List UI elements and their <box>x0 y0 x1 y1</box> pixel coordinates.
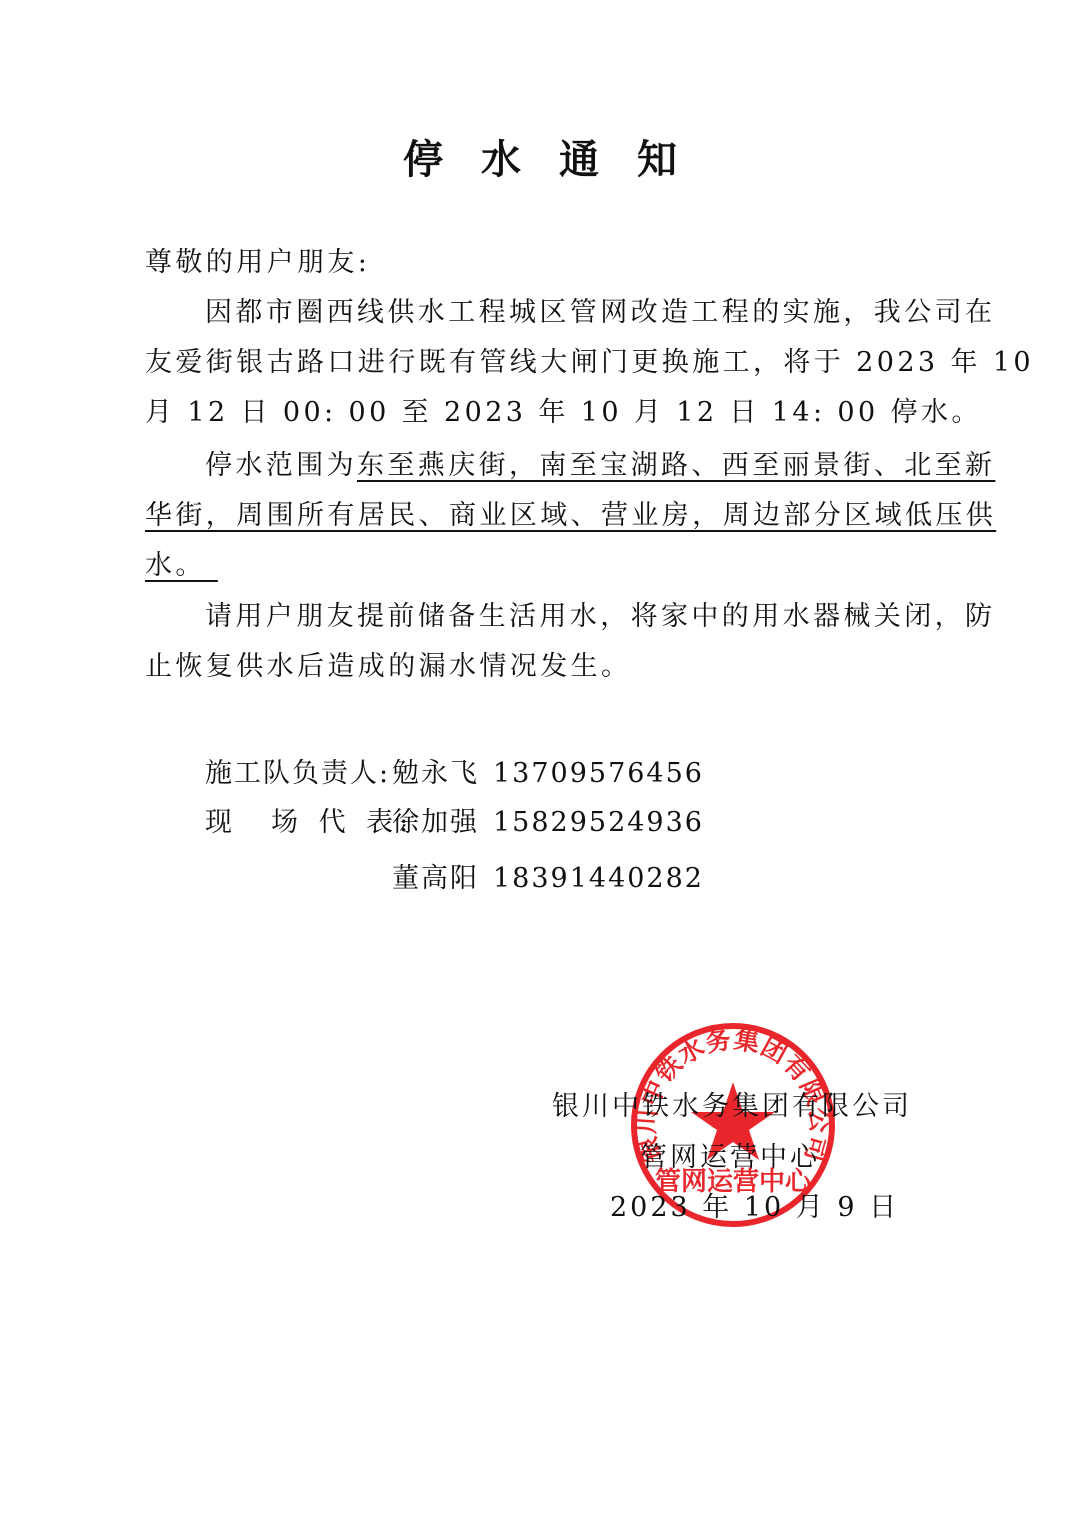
page-title: 停水通知 <box>0 128 1080 185</box>
contact-phone-3: 18391440282 <box>493 862 704 896</box>
signature-company: 银川中铁水务集团有限公司 <box>552 1090 912 1124</box>
paragraph3-line2: 止恢复供水后造成的漏水情况发生。 <box>145 650 631 684</box>
contact-name-1: 勉永飞 <box>392 757 479 791</box>
notice-page: 停水通知 尊敬的用户朋友: 因都市圈西线供水工程城区管网改造工程的实施，我公司在… <box>0 0 1080 1527</box>
paragraph1-line3: 月 12 日 00: 00 至 2023 年 10 月 12 日 14: 00 … <box>145 396 982 430</box>
outage-range-text-1: 东至燕庆街，南至宝湖路、西至丽景街、北至新 <box>357 450 995 481</box>
contact-role-2: 现 场 代 表: <box>205 806 414 840</box>
paragraph3-line1: 请用户朋友提前储备生活用水，将家中的用水器械关闭，防 <box>205 600 995 634</box>
contact-name-2: 徐加强 <box>392 806 479 840</box>
paragraph1-line1: 因都市圈西线供水工程城区管网改造工程的实施，我公司在 <box>205 296 995 330</box>
paragraph1-line2: 友爱街银古路口进行既有管线大闸门更换施工，将于 2023 年 10 <box>145 346 1034 380</box>
outage-range-text-2: 华街，周围所有居民、商业区域、营业房，周边部分区域低压供 <box>145 499 996 533</box>
contact-phone-1: 13709576456 <box>493 757 704 791</box>
paragraph2-line1: 停水范围为东至燕庆街，南至宝湖路、西至丽景街、北至新 <box>205 449 995 483</box>
signature-department: 管网运营中心 <box>640 1141 820 1175</box>
salutation: 尊敬的用户朋友: <box>145 246 370 280</box>
contact-phone-2: 15829524936 <box>493 806 704 840</box>
outage-range-lead: 停水范围为 <box>205 450 357 481</box>
contact-name-3: 董高阳 <box>392 862 479 896</box>
signature-date: 2023 年 10 月 9 日 <box>610 1191 899 1225</box>
outage-range-text-3: 水。 <box>145 549 218 583</box>
contact-role-1: 施工队负责人: <box>205 757 390 791</box>
